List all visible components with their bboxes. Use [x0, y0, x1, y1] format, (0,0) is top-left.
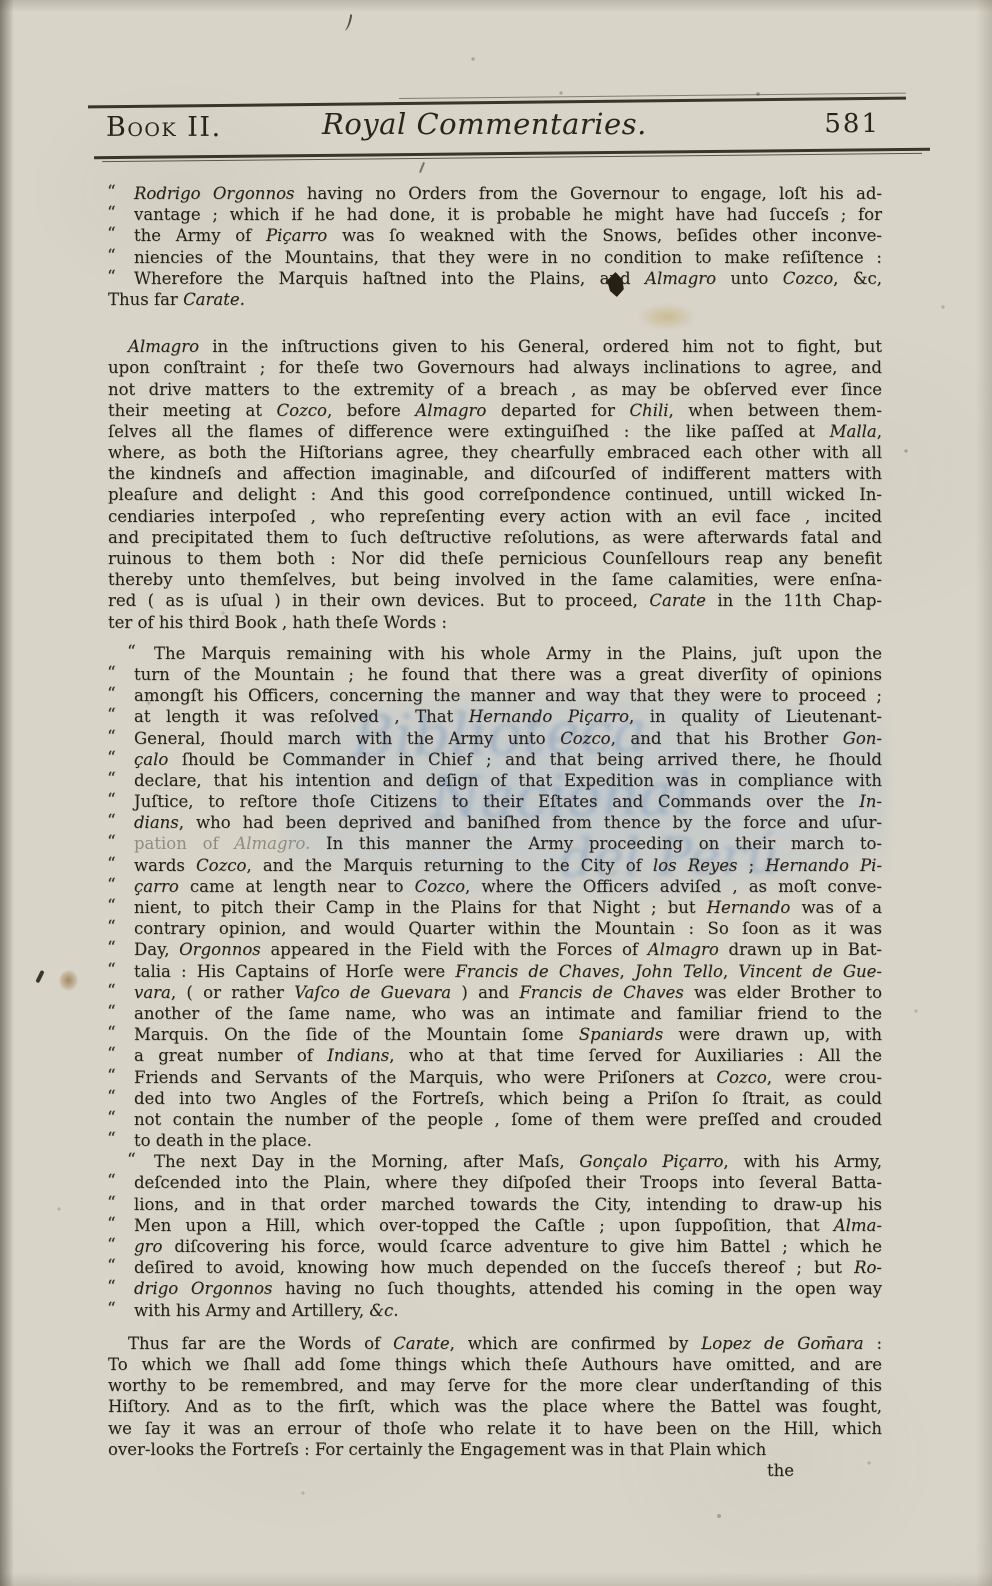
text-segment: was elder Brother to [694, 983, 882, 1002]
text-segment: in the 11th Chap- [717, 591, 882, 610]
text-segment: , were crou- [767, 1068, 882, 1087]
quote-mark: “ [107, 960, 116, 981]
text-segment: pleaſure and delight : And this good cor… [108, 485, 882, 504]
text-line: “another of the ſame name, who was an in… [134, 1003, 882, 1024]
text-line: red ( as is uſual ) in their own devices… [108, 590, 882, 611]
text-segment: to death in the place. [134, 1131, 312, 1150]
text-line: the kindneſs and affection imaginable, a… [108, 463, 882, 484]
text-segment: , [877, 422, 882, 441]
text-segment: unto [731, 269, 783, 288]
text-segment: Hernando [707, 898, 802, 917]
text-segment: Thus far are the Words of [128, 1334, 393, 1353]
text-segment: contrary opinion, and would Quarter with… [134, 919, 882, 938]
quote-mark: “ [107, 1108, 116, 1129]
text-block: “Rodrigo Orgonnos having no Orders from … [134, 183, 882, 1481]
text-segment: Thus far [108, 290, 183, 309]
text-segment: Gonçalo Piçarro [579, 1152, 723, 1171]
text-segment: a great number of [134, 1046, 327, 1065]
quote-mark: “ [107, 1087, 116, 1108]
text-segment: Cozco [196, 856, 246, 875]
text-segment: Wherefore the Marquis haſtned into the P… [134, 269, 645, 288]
text-segment: Carate. [183, 290, 245, 309]
text-segment: ded into two Angles of the Fortreſs, whi… [134, 1089, 882, 1108]
text-segment: In this manner the Army proceeding on th… [310, 834, 882, 853]
quote-mark: “ [107, 1171, 116, 1192]
paragraph-quoted: “The next Day in the Morning, after Maſs… [134, 1151, 882, 1321]
text-line: “drigo Orgonnos having no ſuch thoughts,… [134, 1278, 882, 1299]
text-line: their meeting at Cozco, before Almagro d… [108, 400, 882, 421]
text-line: “The Marquis remaining with his whole Ar… [134, 643, 882, 664]
text-line: where, as both the Hiſtorians agree, the… [108, 442, 882, 463]
text-line: upon conſtraint ; for theſe two Governou… [108, 357, 882, 378]
paragraph-quoted: “Rodrigo Orgonnos having no Orders from … [134, 183, 882, 310]
quote-mark: “ [107, 1129, 116, 1150]
text-line: “Juſtice, to reſtore thoſe Citizens to t… [134, 791, 882, 812]
quote-mark: “ [107, 705, 116, 726]
text-segment: Ro- [854, 1258, 882, 1277]
text-segment: ſelves all the flames of difference were… [108, 422, 830, 441]
paragraph-plain: Thus far are the Words of Carate, which … [108, 1333, 882, 1481]
text-segment: ter of his third Book , hath theſe Words… [108, 613, 447, 632]
text-line: ter of his third Book , hath theſe Words… [108, 612, 882, 633]
text-line: “gro diſcovering his force, would ſcarce… [134, 1236, 882, 1257]
text-line: “to death in the place. [134, 1130, 882, 1151]
quote-mark: “ [107, 896, 116, 917]
text-segment: To which we ſhall add ſome things which … [108, 1355, 882, 1374]
text-line: “declare, that his intention and deſign … [134, 770, 882, 791]
text-segment: diſcovering his force, would ſcarce adve… [174, 1237, 882, 1256]
text-segment: , &c, [833, 269, 882, 288]
text-segment: Cozco [415, 877, 465, 896]
text-segment: Francis de Chaves [519, 983, 694, 1002]
text-line: cendiaries interpoſed , who repreſenting… [108, 506, 882, 527]
text-segment: Carate [649, 591, 717, 610]
text-segment: Men upon a Hill, which over-topped the C… [134, 1216, 834, 1235]
text-segment: Friends and Servants of the Marquis, who… [134, 1068, 716, 1087]
text-segment: , before [327, 401, 415, 420]
text-segment: , [723, 962, 738, 981]
text-segment: at length it was reſolved , That [134, 707, 469, 726]
text-line: “ded into two Angles of the Fortreſs, wh… [134, 1088, 882, 1109]
text-segment: The Marquis remaining with his whole Arm… [154, 644, 882, 663]
text-line: “pation of Almagro. In this manner the A… [134, 833, 882, 854]
text-segment: Almagro [645, 269, 730, 288]
text-segment: &c. [369, 1301, 398, 1320]
quote-mark: “ [107, 246, 116, 267]
quote-mark: “ [107, 854, 116, 875]
quote-mark: “ [107, 1299, 116, 1320]
text-segment: Chili [629, 401, 668, 420]
text-segment: with his Army and Artillery, [134, 1301, 369, 1320]
text-segment: where, as both the Hiſtorians agree, the… [108, 443, 882, 462]
text-line: “vantage ; which if he had done, it is p… [134, 204, 882, 225]
text-line: “a great number of Indians, who at that … [134, 1045, 882, 1066]
text-line: “Friends and Servants of the Marquis, wh… [134, 1067, 882, 1088]
text-segment: nient, to pitch their Camp in the Plains… [134, 898, 707, 917]
text-segment: ruinous to them both : Nor did theſe per… [108, 549, 882, 568]
text-segment: dians [134, 813, 179, 832]
text-segment: was of a [801, 898, 882, 917]
text-segment: ; [749, 856, 766, 875]
quote-mark: “ [107, 1066, 116, 1087]
text-segment: çarro [134, 877, 190, 896]
text-segment: Lopez de Gom̄ara [701, 1334, 876, 1353]
quote-mark: “ [107, 832, 116, 853]
text-segment: amongſt his Officers, concerning the man… [134, 686, 882, 705]
text-segment: not drive matters to the extremity of a … [108, 380, 882, 399]
text-line: Thus far Carate. [108, 289, 882, 310]
text-segment: , where the Officers adviſed , as moſt c… [465, 877, 882, 896]
text-segment: los Reyes [653, 856, 749, 875]
text-line: “General, ſhould march with the Army unt… [134, 728, 882, 749]
text-segment: we ſay it was an errour of thoſe who rel… [108, 1419, 882, 1438]
text-segment: Orgonnos [179, 940, 270, 959]
text-segment: was ſo weakned with the Snows, beſides o… [342, 226, 882, 245]
quote-mark: “ [107, 1002, 116, 1023]
text-segment: , and that his Brother [611, 729, 843, 748]
text-line: “amongſt his Officers, concerning the ma… [134, 685, 882, 706]
text-line: “The next Day in the Morning, after Maſs… [134, 1151, 882, 1172]
text-segment: cendiaries interpoſed , who repreſenting… [108, 507, 882, 526]
text-segment: thereby unto themſelves, but being invol… [108, 570, 882, 589]
catchword: the [108, 1460, 882, 1481]
text-line: “niencies of the Mountains, that they we… [134, 247, 882, 268]
text-line: ruinous to them both : Nor did theſe per… [108, 548, 882, 569]
page-number: 581 [824, 109, 880, 139]
text-segment: in the inſtructions given to his General… [212, 337, 882, 356]
text-line: thereby unto themſelves, but being invol… [108, 569, 882, 590]
text-line: “nient, to pitch their Camp in the Plain… [134, 897, 882, 918]
text-segment: , and the Marquis returning to the City … [246, 856, 652, 875]
text-line: not drive matters to the extremity of a … [108, 379, 882, 400]
quote-mark: “ [107, 224, 116, 245]
text-segment: the kindneſs and affection imaginable, a… [108, 464, 882, 483]
text-line: “Rodrigo Orgonnos having no Orders from … [134, 183, 882, 204]
text-segment: wards [134, 856, 196, 875]
text-segment: Marquis. On the ſide of the Mountain ſom… [134, 1025, 579, 1044]
quote-mark: “ [107, 1193, 116, 1214]
text-segment: Vaſco de Guevara [294, 983, 461, 1002]
text-segment: over-looks the Fortreſs : For certainly … [108, 1440, 766, 1459]
text-segment: John Tello [635, 962, 723, 981]
top-ink-squiggle [343, 14, 353, 32]
text-segment: Malla [830, 422, 877, 441]
running-title: Royal Commentaries. [322, 107, 647, 141]
quote-mark: “ [107, 1256, 116, 1277]
quote-mark: “ [107, 790, 116, 811]
text-segment: , ( or rather [171, 983, 294, 1002]
text-segment: Gon- [843, 729, 882, 748]
quote-mark: “ [107, 267, 116, 288]
text-segment: vara [134, 983, 171, 1002]
text-line: “Marquis. On the ſide of the Mountain ſo… [134, 1024, 882, 1045]
text-segment: çalo [134, 750, 182, 769]
margin-ink-mark [35, 970, 44, 983]
text-segment: and precipitated them to ſuch deſtructiv… [108, 528, 882, 547]
paragraph-quoted: “The Marquis remaining with his whole Ar… [134, 643, 882, 1152]
text-line: “Wherefore the Marquis haſtned into the … [134, 268, 882, 289]
quote-mark: “ [107, 1214, 116, 1235]
text-segment: upon conſtraint ; for theſe two Governou… [108, 358, 882, 377]
paper-stain [628, 299, 706, 335]
text-segment: ) and [461, 983, 519, 1002]
text-segment: , who had been deprived and baniſhed fro… [179, 813, 882, 832]
text-line: over-looks the Fortreſs : For certainly … [108, 1439, 882, 1460]
text-line: “turn of the Mountain ; he found that th… [134, 664, 882, 685]
paragraph-plain: Almagro in the inſtructions given to his… [108, 336, 882, 633]
text-segment: drawn up in Bat- [729, 940, 882, 959]
text-line: “contrary opinion, and would Quarter wit… [134, 918, 882, 939]
text-segment: talia : His Captains of Horſe were [134, 962, 455, 981]
text-segment: , who at that time ſerved for Auxiliarie… [389, 1046, 882, 1065]
text-segment: Rodrigo Orgonnos [134, 184, 307, 203]
book-label: Book II. [106, 112, 222, 143]
text-line: “deſired to avoid, knowing how much depe… [134, 1257, 882, 1278]
quote-mark: “ [107, 875, 116, 896]
quote-mark: “ [107, 1044, 116, 1065]
text-segment: their meeting at [108, 401, 277, 420]
quote-mark: “ [107, 727, 116, 748]
text-segment: Almagro. [234, 834, 310, 853]
text-segment: Cozco [277, 401, 327, 420]
text-line: “talia : His Captains of Horſe were Fran… [134, 961, 882, 982]
text-segment: Juſtice, to reſtore thoſe Citizens to th… [134, 792, 859, 811]
text-line: and precipitated them to ſuch deſtructiv… [108, 527, 882, 548]
small-slash-mark [419, 162, 425, 173]
text-segment: turn of the Mountain ; he found that the… [134, 665, 882, 684]
text-segment: declare, that his intention and deſign o… [134, 771, 882, 790]
text-line: “with his Army and Artillery, &c. [134, 1300, 882, 1321]
text-segment: Alma- [834, 1216, 882, 1235]
text-segment: niencies of the Mountains, that they wer… [134, 248, 882, 267]
text-segment: Indians [327, 1046, 389, 1065]
text-line: worthy to be remembred, and may ſerve fo… [108, 1375, 882, 1396]
quote-mark: “ [107, 981, 116, 1002]
text-line: Hiſtory. And as to the firſt, which was … [108, 1396, 882, 1417]
text-line: “dians, who had been deprived and baniſh… [134, 812, 882, 833]
text-line: “Day, Orgonnos appeared in the Field wit… [134, 939, 882, 960]
text-segment: worthy to be remembred, and may ſerve fo… [108, 1376, 882, 1395]
text-segment: General, ſhould march with the Army unto [134, 729, 560, 748]
text-segment: Cozco [783, 269, 833, 288]
text-segment: Piçarro [266, 226, 342, 245]
text-segment: Day, [134, 940, 179, 959]
quote-mark: “ [107, 769, 116, 790]
quote-mark: “ [107, 917, 116, 938]
scanned-book-page: { "page": { "header": { "book": "Book II… [0, 0, 992, 1586]
text-segment: Almagro [415, 401, 501, 420]
text-segment: , when between them- [669, 401, 882, 420]
text-segment: Vincent de Gue- [738, 962, 882, 981]
text-segment: Hernando Piçarro [469, 707, 629, 726]
text-line: “not contain the number of the people , … [134, 1109, 882, 1130]
quote-mark: “ [107, 938, 116, 959]
text-line: “lions, and in that order marched toward… [134, 1194, 882, 1215]
text-segment: , in quality of Lieutenant- [629, 707, 882, 726]
text-segment: came at length near to [190, 877, 415, 896]
text-segment: departed for [501, 401, 630, 420]
page-header: Book II. Royal Commentaries. 581 [104, 106, 888, 150]
quote-mark: “ [107, 811, 116, 832]
paper-specks [0, 0, 2, 2]
text-segment: another of the ſame name, who was an int… [134, 1004, 882, 1023]
text-segment: vantage ; which if he had done, it is pr… [134, 205, 882, 224]
quote-mark: “ [107, 182, 116, 203]
margin-brown-spot [59, 970, 80, 993]
text-segment: ſhould be Commander in Chief ; and that … [182, 750, 882, 769]
text-line: Almagro in the inſtructions given to his… [108, 336, 882, 357]
text-segment: the Army of [134, 226, 266, 245]
text-line: “at length it was reſolved , That Hernan… [134, 706, 882, 727]
text-segment: gro [134, 1237, 174, 1256]
text-segment: In- [859, 792, 882, 811]
text-line: “çalo ſhould be Commander in Chief ; and… [134, 749, 882, 770]
text-segment: Cozco [560, 729, 610, 748]
text-segment: not contain the number of the people , ſ… [134, 1110, 882, 1129]
text-line: “çarro came at length near to Cozco, whe… [134, 876, 882, 897]
text-segment: Cozco [716, 1068, 766, 1087]
quote-mark: “ [107, 203, 116, 224]
text-segment: , with his Army, [723, 1152, 882, 1171]
text-segment: deſcended into the Plain, where they diſ… [134, 1173, 882, 1192]
quote-mark: “ [107, 684, 116, 705]
text-segment: drigo Orgonnos [134, 1279, 285, 1298]
text-segment: lions, and in that order marched towards… [134, 1195, 882, 1214]
text-segment: pation of [134, 834, 234, 853]
quote-mark: “ [107, 1023, 116, 1044]
text-line: Thus far are the Words of Carate, which … [108, 1333, 882, 1354]
text-line: “the Army of Piçarro was ſo weakned with… [134, 225, 882, 246]
text-segment: , [620, 962, 635, 981]
quote-mark: “ [107, 663, 116, 684]
text-line: pleaſure and delight : And this good cor… [108, 484, 882, 505]
text-segment: deſired to avoid, knowing how much depen… [134, 1258, 854, 1277]
quote-mark: “ [107, 1277, 116, 1298]
text-segment: Almagro [648, 940, 729, 959]
text-segment: having no Orders from the Governour to e… [307, 184, 882, 203]
text-line: “vara, ( or rather Vaſco de Guevara ) an… [134, 982, 882, 1003]
text-segment: Hernando Pi- [765, 856, 882, 875]
text-line: “Men upon a Hill, which over-topped the … [134, 1215, 882, 1236]
text-line: “wards Cozco, and the Marquis returning … [134, 855, 882, 876]
text-segment: Francis de Chaves [455, 962, 619, 981]
quote-mark: “ [107, 1150, 136, 1171]
text-segment: appeared in the Field with the Forces of [270, 940, 647, 959]
quote-mark: “ [107, 1235, 116, 1256]
text-segment: Spaniards [579, 1025, 679, 1044]
text-line: “deſcended into the Plain, where they di… [134, 1172, 882, 1193]
text-segment: having no ſuch thoughts, attended his co… [285, 1279, 882, 1298]
text-segment: Almagro [128, 337, 212, 356]
quote-mark: “ [107, 642, 136, 663]
text-segment: : [876, 1334, 882, 1353]
text-line: we ſay it was an errour of thoſe who rel… [108, 1418, 882, 1439]
quote-mark: “ [107, 748, 116, 769]
text-segment: Hiſtory. And as to the firſt, which was … [108, 1397, 882, 1416]
text-line: To which we ſhall add ſome things which … [108, 1354, 882, 1375]
text-segment: , which are confirmed by [450, 1334, 702, 1353]
text-segment: the [767, 1461, 794, 1480]
text-segment: Carate [393, 1334, 450, 1353]
text-line: ſelves all the flames of difference were… [108, 421, 882, 442]
text-segment: were drawn up, with [679, 1025, 883, 1044]
text-segment: The next Day in the Morning, after Maſs, [154, 1152, 579, 1171]
text-segment: red ( as is uſual ) in their own devices… [108, 591, 649, 610]
